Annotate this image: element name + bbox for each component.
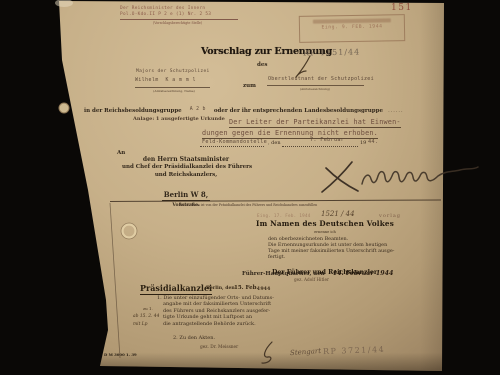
- meissner-signature-line: gez. Dr. Meissner: [200, 345, 238, 350]
- party-note-line2: dungen gegen die Ernennung nicht erhoben…: [202, 129, 378, 139]
- decree-body-line: fertigt.: [268, 254, 410, 260]
- chancellery-fill-note: Dieser Raum ist von der Präsidialkanzlei…: [178, 203, 318, 207]
- decree-body: den oberbezeichneten Beamten. Die Ernenn…: [268, 236, 410, 260]
- issue-year-prefix: 19: [360, 140, 366, 146]
- current-sublabel: (Amtsbezeichnung, Name): [140, 89, 208, 93]
- item1-line: die antragstellende Behörde zurück.: [163, 321, 281, 327]
- instruction-item-2: 2. Zu den Akten.: [173, 335, 215, 341]
- office-date-stamp: 15. Feb.: [234, 285, 258, 291]
- punch-hole: [59, 103, 69, 113]
- receipt-stamp-faint-line: [313, 18, 391, 23]
- decree-signer: gez. Adolf Hitler: [294, 277, 329, 282]
- office-year: 1944: [257, 286, 270, 292]
- margin-note-zu1: zu 1.: [143, 306, 153, 311]
- issue-place: Feld-Kommandostelle: [202, 139, 267, 145]
- issue-year: 44.: [368, 139, 378, 145]
- pay-suffix: oder der ihr entsprechenden Landesbesold…: [214, 108, 383, 114]
- address-line1: den Herrn Staatsminister: [122, 156, 250, 164]
- proposed-rank: Oberstleutnant der Schutzpolizei: [268, 76, 374, 82]
- rp-number-stamp: RP 1151/44: [303, 48, 360, 58]
- entry-number-handwritten: 1521 / 44: [321, 210, 355, 218]
- item1-line: angabe mit der faksimilierten Unterschri…: [163, 301, 281, 307]
- decree-block: Im Namen des Deutschen Volkes ernenne ic…: [240, 219, 410, 260]
- receipt-stamp-box: Eing. 9. FEB. 1944: [299, 14, 405, 43]
- party-note-line1: Der Leiter der Parteikanzlei hat Einwen-: [229, 118, 401, 128]
- address-line3: und Reichskanzlers,: [122, 172, 250, 180]
- pay-group-line: in der Reichsbesoldungsgruppe A 2 b oder…: [84, 97, 404, 116]
- issue-date: 7. Februar: [310, 137, 344, 143]
- decree-signer-title: Der Führer und Reichskanzler: [272, 269, 377, 276]
- pay-value: A 2 b: [190, 107, 206, 112]
- sender-underline: [120, 19, 238, 20]
- sender-sublabel: (Vorschlagsberechtigte Stelle): [130, 21, 225, 25]
- issue-date-dotted-line: [282, 146, 358, 147]
- address-block: den Herrn Staatsminister und Chef der Pr…: [122, 156, 250, 208]
- current-rank: Majors der Schutzpolizei: [136, 69, 210, 74]
- decree-heading: Im Namen des Deutschen Volkes: [240, 219, 410, 228]
- form-code: D M 3000 1. 39: [104, 352, 137, 357]
- label-zum: zum: [243, 83, 256, 89]
- sender-line2: Pol.O-Kdo.II P 2 e (1) Nr. 2 53: [120, 12, 211, 17]
- sender-line1: Der Reichsminister des Innern: [120, 6, 205, 11]
- issue-den: , den: [268, 140, 281, 146]
- document-photo: Der Reichsminister des Innern Pol.O-Kdo.…: [0, 0, 500, 375]
- current-name: Wilhelm K a m m l: [135, 78, 196, 83]
- decree-sub: ernenne ich: [240, 230, 410, 234]
- address-city-wrap: Berlin W 8,: [122, 182, 250, 201]
- annex-note: Anlage: 1 ausgefertigte Urkunde: [133, 116, 225, 122]
- receipt-stamp-date: Eing. 9. FEB. 1944: [300, 24, 404, 31]
- proposed-sublabel: (Amtsbezeichnung): [285, 87, 345, 91]
- margin-note-lp: mit Lp: [133, 322, 147, 327]
- address-line2: und Chef der Präsidialkanzlei des Führer…: [122, 164, 250, 172]
- instruction-item-1: 1. Die unter einzufügender Orts- und Dat…: [157, 295, 281, 327]
- pay-trail-dots: ......: [388, 108, 404, 114]
- label-des: des: [257, 62, 267, 68]
- office-place: Berlin, den: [206, 286, 235, 291]
- margin-note-date: ab 15. 2. 44: [133, 314, 159, 319]
- praesidialkanzlei-heading: Präsidialkanzlei: [140, 283, 212, 295]
- address-city: Berlin W 8,: [162, 190, 211, 201]
- decree-body-line: Tage mit meiner faksimilierten Unterschr…: [268, 248, 410, 254]
- issue-place-dotted-line: [200, 146, 264, 147]
- proposed-underline: [267, 85, 364, 86]
- page-number: 151: [391, 3, 413, 13]
- entry-stamp-date: Eing. 17. Feb. 1944: [257, 213, 311, 218]
- pay-prefix: in der Reichsbesoldungsgruppe: [84, 108, 182, 114]
- current-underline: [135, 87, 210, 88]
